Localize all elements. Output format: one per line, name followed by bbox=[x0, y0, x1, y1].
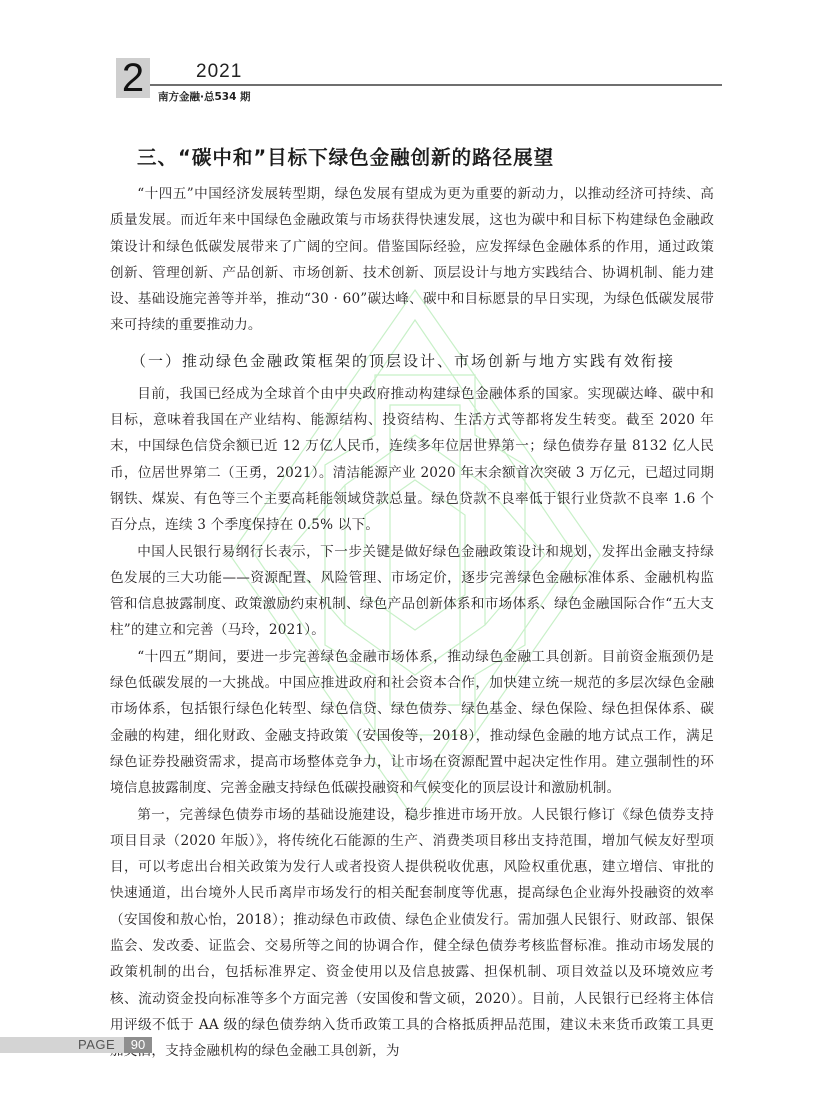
article-body: 三、“碳中和”目标下绿色金融创新的路径展望 “十四五”中国经济发展转型期，绿色发… bbox=[110, 140, 714, 1065]
body-paragraph: 第一，完善绿色债券市场的基础设施建设，稳步推进市场开放。人民银行修订《绿色债券支… bbox=[110, 802, 714, 1065]
section-title: 三、“碳中和”目标下绿色金融创新的路径展望 bbox=[137, 145, 714, 181]
page-label: PAGE bbox=[78, 1037, 115, 1053]
journal-name: 南方金融·总534 期 bbox=[158, 89, 251, 104]
body-paragraph: 中国人民银行易纲行长表示，下一步关键是做好绿色金融政策设计和规划，发挥出金融支持… bbox=[110, 539, 714, 644]
page-number: 90 bbox=[124, 1037, 152, 1053]
issue-number-box: 2 bbox=[116, 58, 150, 98]
intro-paragraph: “十四五”中国经济发展转型期，绿色发展有望成为更为重要的新动力，以推动经济可持续… bbox=[110, 181, 714, 339]
header-year: 2021 bbox=[196, 61, 242, 83]
body-paragraph: 目前，我国已经成为全球首个由中央政府推动构建绿色金融体系的国家。实现碳达峰、碳中… bbox=[110, 381, 714, 539]
header-rule-divider bbox=[150, 84, 722, 86]
body-paragraph: “十四五”期间，要进一步完善绿色金融市场体系，推动绿色金融工具创新。目前资金瓶颈… bbox=[110, 644, 714, 802]
subsection-title: （一）推动绿色金融政策框架的顶层设计、市场创新与地方实践有效衔接 bbox=[131, 349, 714, 373]
issue-number: 2 bbox=[122, 56, 144, 100]
